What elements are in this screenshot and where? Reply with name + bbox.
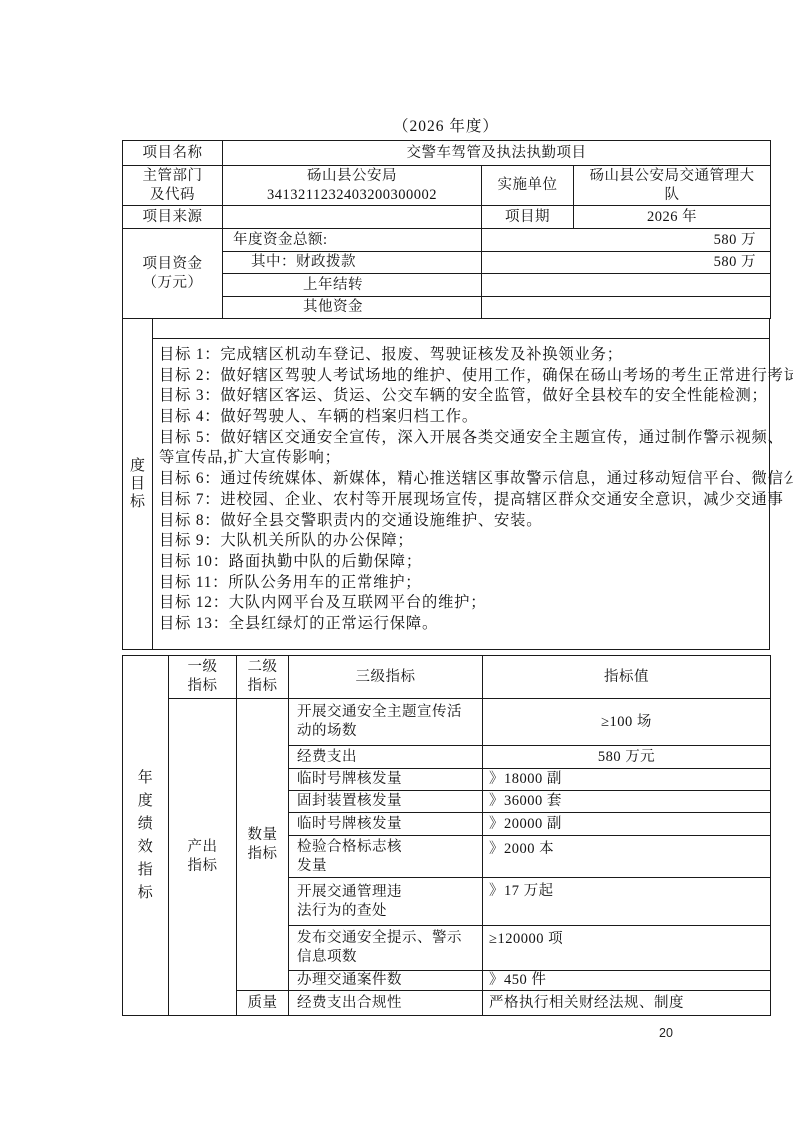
goal-line: 目标 10：路面执勤中队的后勤保障；: [159, 552, 769, 573]
indicator-header-row: 年 度 绩 效 指 标 一级 指标 二级 指标 三级指标 指标值: [123, 656, 771, 699]
indicator-name: 办理交通案件数: [289, 971, 483, 991]
goal-line: 目标 9：大队机关所队的办公保障；: [159, 531, 769, 552]
goal-line: 目标 4：做好驾驶人、车辆的档案归档工作。: [159, 407, 769, 428]
document-page: （2026 年度） 项目名称 交警车驾管及执法执勤项目 主管部门 及代码 砀山县…: [0, 0, 793, 1122]
indicator-value: ≥100 场: [483, 699, 771, 746]
info-table: 项目名称 交警车驾管及执法执勤项目 主管部门 及代码 砀山县公安局 341321…: [122, 140, 771, 319]
funding-row-name: 上年结转: [223, 274, 482, 297]
impl-unit-label: 实施单位: [482, 166, 574, 206]
indicator-name: 检验合格标志核 发量: [289, 836, 483, 878]
goal-line: 目标 11：所队公务用车的正常维护；: [159, 573, 769, 594]
goal-line: 目标 6：通过传统媒体、新媒体，精心推送辖区事故警示信息，通过移动短信平台、微信…: [159, 469, 769, 490]
indicator-name: 开展交通安全主题宣传活 动的场数: [289, 699, 483, 746]
indicator-name: 固封装置核发量: [289, 791, 483, 813]
table-row: 项目来源 项目期 2026 年: [123, 206, 771, 229]
goal-line: 等宣传品,扩大宣传影响；: [159, 448, 769, 469]
goal-line: 目标 7：进校园、企业、农村等开展现场宣传，提高辖区群众交通安全意识，减少交通事: [159, 490, 769, 511]
page-number: 20: [659, 1026, 673, 1040]
project-source-value: [223, 206, 482, 229]
goal-line: 目标 13：全县红绿灯的正常运行保障。: [159, 614, 769, 635]
level1-output-cell: 产出 指标: [169, 699, 237, 1016]
funding-row-name: 其中：财政拨款: [223, 252, 482, 274]
funding-row-name: 其他资金: [223, 297, 482, 319]
indicator-table: 年 度 绩 效 指 标 一级 指标 二级 指标 三级指标 指标值 产出 指标 数…: [122, 655, 771, 1016]
indicator-name: 临时号牌核发量: [289, 813, 483, 836]
indicator-value: 》36000 套: [483, 791, 771, 813]
indicator-value: 》2000 本: [483, 836, 771, 878]
level2-quantity-cell: 数量 指标: [237, 699, 289, 991]
annual-goals-box: 目标 1：完成辖区机动车登记、报废、驾驶证核发及补换领业务； 目标 2：做好辖区…: [153, 338, 769, 649]
indicators-vertical-label-text: 年 度 绩 效 指 标: [138, 770, 154, 901]
indicator-value: 》20000 副: [483, 813, 771, 836]
funding-row-value: [482, 297, 771, 319]
funding-label: 项目资金 （万元）: [123, 229, 223, 319]
funding-row-value: 580 万: [482, 229, 771, 252]
indicators-vertical-label: 年 度 绩 效 指 标: [123, 656, 169, 1016]
annual-goals-label-column: 度 目 标: [123, 318, 153, 649]
indicator-value: 严格执行相关财经法规、制度: [483, 991, 771, 1016]
indicator-value: 》450 件: [483, 971, 771, 991]
dept-label: 主管部门 及代码: [123, 166, 223, 206]
dept-value: 砀山县公安局 3413211232403200300002: [223, 166, 482, 206]
indicator-value: ≥120000 项: [483, 926, 771, 971]
project-source-label: 项目来源: [123, 206, 223, 229]
annual-goals-vertical-label: 度 目 标: [130, 457, 145, 511]
goal-line: 目标 12：大队内网平台及互联网平台的维护；: [159, 593, 769, 614]
annual-goals-section: 度 目 标 目标 1：完成辖区机动车登记、报废、驾驶证核发及补换领业务； 目标 …: [122, 318, 770, 650]
header-level1: 一级 指标: [169, 656, 237, 699]
level2-quality-cell: 质量: [237, 991, 289, 1016]
funding-row-value: 580 万: [482, 252, 771, 274]
project-period-label: 项目期: [482, 206, 574, 229]
indicator-name: 经费支出: [289, 746, 483, 769]
goal-line: 目标 8：做好全县交警职责内的交通设施维护、安装。: [159, 511, 769, 532]
table-row: 主管部门 及代码 砀山县公安局 3413211232403200300002 实…: [123, 166, 771, 206]
project-name-value: 交警车驾管及执法执勤项目: [223, 141, 771, 166]
header-level3: 三级指标: [289, 656, 483, 699]
indicator-value: 》18000 副: [483, 769, 771, 791]
indicator-name: 临时号牌核发量: [289, 769, 483, 791]
goal-line: 目标 2：做好辖区驾驶人考试场地的维护、使用工作，确保在砀山考场的考生正常进行考…: [159, 366, 769, 387]
header-level2: 二级 指标: [237, 656, 289, 699]
table-row: 项目资金 （万元） 年度资金总额: 580 万: [123, 229, 771, 252]
project-period-value: 2026 年: [574, 206, 771, 229]
indicator-name: 开展交通管理违 法行为的查处: [289, 878, 483, 926]
impl-unit-value: 砀山县公安局交通管理大 队: [574, 166, 771, 206]
indicator-value: 580 万元: [483, 746, 771, 769]
indicator-value: 》17 万起: [483, 878, 771, 926]
indicator-row: 产出 指标 数量 指标 开展交通安全主题宣传活 动的场数 ≥100 场: [123, 699, 771, 746]
indicator-name: 发布交通安全提示、警示 信息项数: [289, 926, 483, 971]
page-title: （2026 年度）: [122, 115, 770, 139]
indicator-name: 经费支出合规性: [289, 991, 483, 1016]
funding-row-value: [482, 274, 771, 297]
header-value: 指标值: [483, 656, 771, 699]
project-name-label: 项目名称: [123, 141, 223, 166]
table-row: 项目名称 交警车驾管及执法执勤项目: [123, 141, 771, 166]
goal-line: 目标 1：完成辖区机动车登记、报废、驾驶证核发及补换领业务；: [159, 345, 769, 366]
funding-row-name: 年度资金总额:: [223, 229, 482, 252]
goal-line: 目标 3：做好辖区客运、货运、公交车辆的安全监管，做好全县校车的安全性能检测；: [159, 386, 769, 407]
goal-line: 目标 5：做好辖区交通安全宣传，深入开展各类交通安全主题宣传，通过制作警示视频、: [159, 428, 769, 449]
